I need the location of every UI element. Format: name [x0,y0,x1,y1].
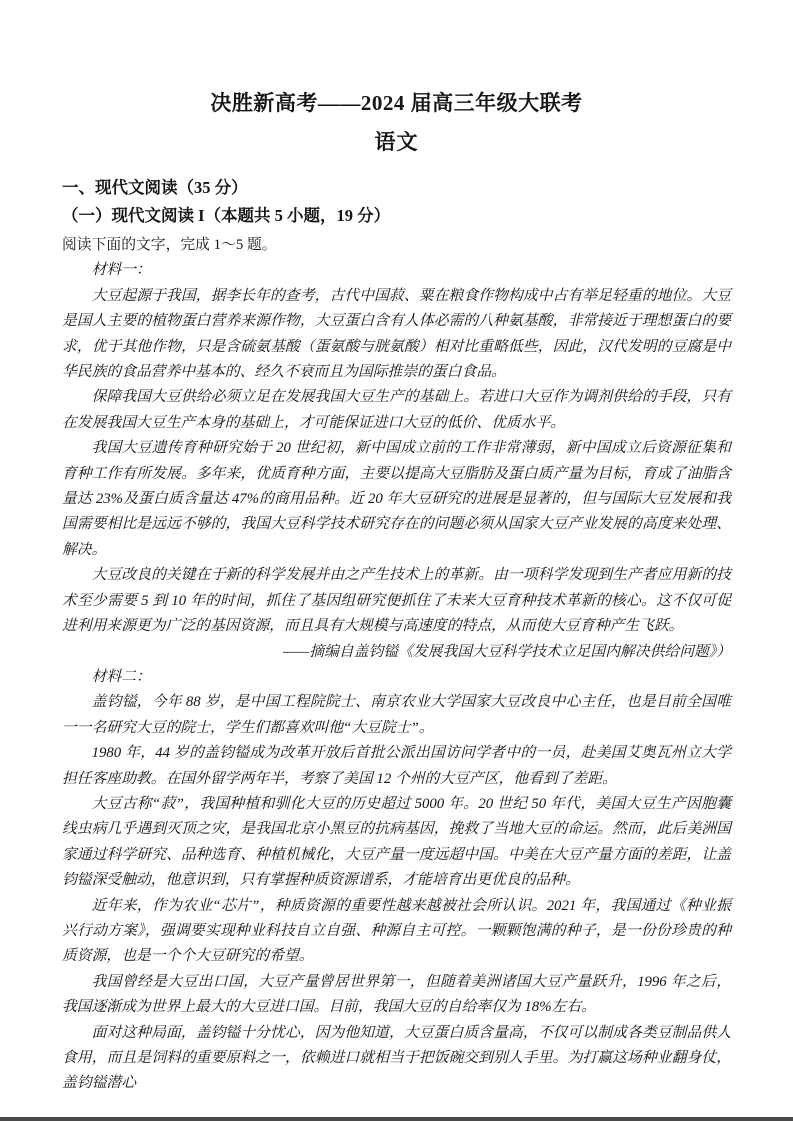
exam-paper-page: 决胜新高考——2024 届高三年级大联考 语文 一、现代文阅读（35 分） （一… [0,0,793,1122]
body-paragraph: 盖钧镒，今年 88 岁，是中国工程院院士、南京农业大学国家大豆改良中心主任，也是… [62,690,731,741]
material-one-paragraphs: 大豆起源于我国，据李长年的查考，古代中国菽、粟在粮食作物构成中占有举足轻重的地位… [62,284,731,640]
subsection-heading: （一）现代文阅读 I（本题共 5 小题，19 分） [62,204,731,228]
body-paragraph: 大豆起源于我国，据李长年的查考，古代中国菽、粟在粮食作物构成中占有举足轻重的地位… [62,284,731,386]
section-heading: 一、现代文阅读（35 分） [62,176,731,200]
body-paragraph: 1980 年，44 岁的盖钧镒成为改革开放后首批公派出国访问学者中的一员，赴美国… [62,741,731,792]
page-boundary-line [0,1117,793,1121]
body-paragraph: 近年来，作为农业“芯片”，种质资源的重要性越来越被社会所认识。2021 年，我国… [62,894,731,970]
material-two-paragraphs: 盖钧镒，今年 88 岁，是中国工程院院士、南京农业大学国家大豆改良中心主任，也是… [62,690,731,1097]
subject-title: 语文 [0,129,793,155]
body-paragraph: 大豆古称“菽”，我国种植和驯化大豆的历史超过 5000 年。20 世纪 50 年… [62,792,731,894]
material-one: 材料一： 大豆起源于我国，据李长年的查考，古代中国菽、粟在粮食作物构成中占有举足… [62,258,731,665]
body-paragraph: 我国大豆遗传育种研究始于 20 世纪初，新中国成立前的工作非常薄弱，新中国成立后… [62,436,731,563]
material-two-label: 材料二： [62,665,731,690]
body-paragraph: 我国曾经是大豆出口国，大豆产量曾居世界第一，但随着美洲诸国大豆产量跃升，1996… [62,970,731,1021]
body-paragraph: 保障我国大豆供给必须立足在发展我国大豆生产的基础上。若进口大豆作为调剂供给的手段… [62,385,731,436]
material-one-label: 材料一： [62,258,731,283]
body-paragraph: 面对这种局面，盖钧镒十分忧心，因为他知道，大豆蛋白质含量高，不仅可以制成各类豆制… [62,1021,731,1097]
page-content: 一、现代文阅读（35 分） （一）现代文阅读 I（本题共 5 小题，19 分） … [62,176,731,1097]
reading-instruction: 阅读下面的文字，完成 1～5 题。 [62,233,731,258]
body-paragraph: 大豆改良的关键在于新的科学发展并由之产生技术上的革新。由一项科学发现到生产者应用… [62,563,731,639]
material-two: 材料二： 盖钧镒，今年 88 岁，是中国工程院院士、南京农业大学国家大豆改良中心… [62,665,731,1097]
material-one-attribution: ——摘编自盖钧镒《发展我国大豆科学技术立足国内解决供给问题》） [62,640,731,665]
exam-title: 决胜新高考——2024 届高三年级大联考 [0,0,793,116]
